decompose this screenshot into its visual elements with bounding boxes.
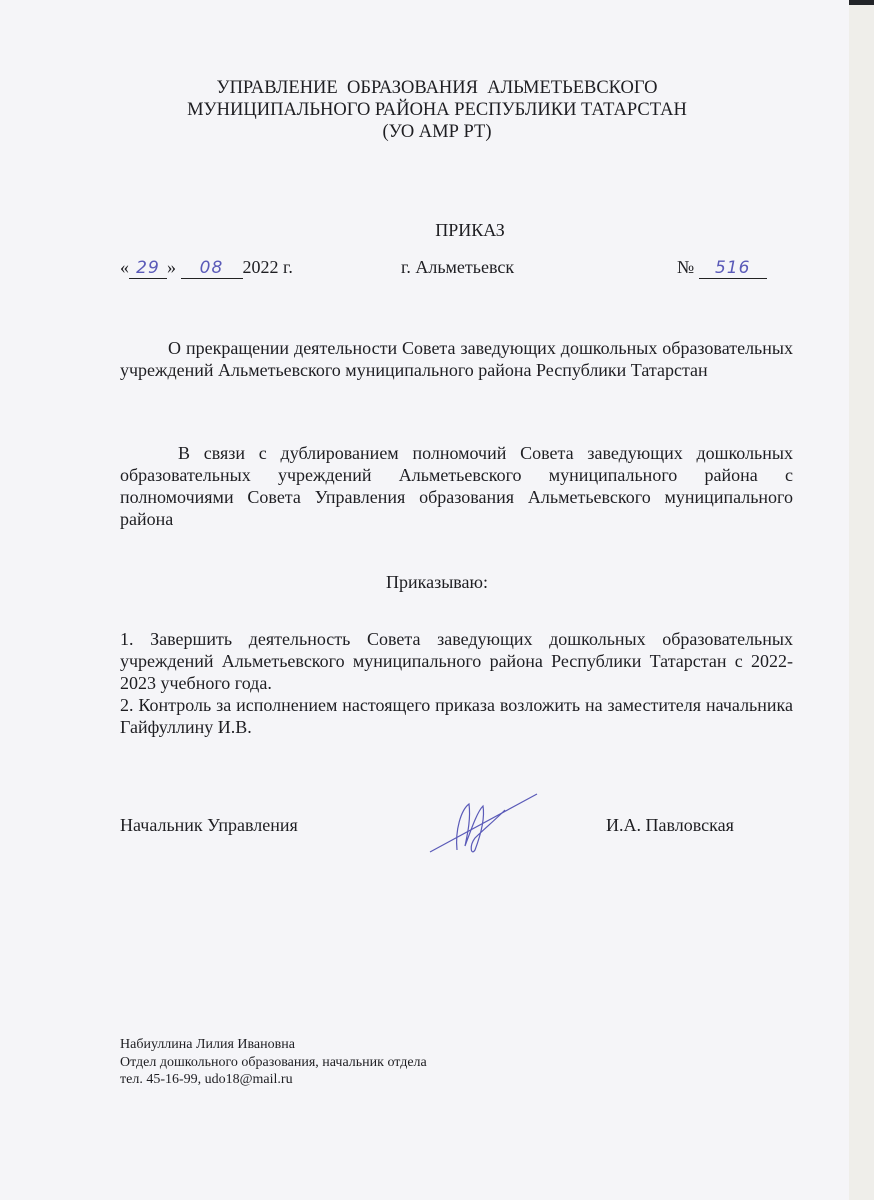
preamble: В связи с дублированием полномочий Совет… [120, 442, 793, 530]
letterhead: УПРАВЛЕНИЕ ОБРАЗОВАНИЯ АЛЬМЕТЬЕВСКОГО МУ… [0, 77, 874, 143]
subject: О прекращении деятельности Совета заведу… [120, 337, 793, 381]
date: «29» 082022 г. [120, 257, 293, 279]
executor-name: Набиуллина Лилия Ивановна [120, 1036, 427, 1054]
letterhead-line-3: (УО АМР РТ) [0, 121, 874, 143]
letterhead-line-2: МУНИЦИПАЛЬНОГО РАЙОНА РЕСПУБЛИКИ ТАТАРСТ… [0, 99, 874, 121]
city: г. Альметьевск [401, 257, 514, 278]
close-quote: » [167, 257, 176, 277]
open-quote: « [120, 257, 129, 277]
order-item-1: 1. Завершить деятельность Совета заведую… [120, 628, 793, 694]
handwritten-signature-icon [425, 790, 545, 860]
order-number-value: 516 [699, 258, 767, 279]
signer-name: И.А. Павловская [606, 815, 734, 836]
executor-department: Отдел дошкольного образования, начальник… [120, 1054, 427, 1072]
document-title: ПРИКАЗ [0, 220, 874, 241]
order-number: № 516 [677, 257, 767, 279]
letterhead-line-1: УПРАВЛЕНИЕ ОБРАЗОВАНИЯ АЛЬМЕТЬЕВСКОГО [0, 77, 874, 99]
date-day: 29 [129, 258, 167, 279]
executor-info: Набиуллина Лилия Ивановна Отдел дошкольн… [120, 1036, 427, 1089]
dateline: «29» 082022 г. г. Альметьевск № 516 [120, 257, 780, 283]
order-item-2: 2. Контроль за исполнением настоящего пр… [120, 694, 793, 738]
date-year: 2022 г. [243, 257, 293, 277]
signer-position: Начальник Управления [120, 815, 298, 836]
order-word: Приказываю: [0, 572, 874, 593]
executor-contacts: тел. 45-16-99, udo18@mail.ru [120, 1071, 427, 1089]
page-edge [849, 0, 874, 1200]
scan-corner [849, 0, 874, 5]
date-month: 08 [181, 258, 243, 279]
number-sign: № [677, 257, 694, 277]
